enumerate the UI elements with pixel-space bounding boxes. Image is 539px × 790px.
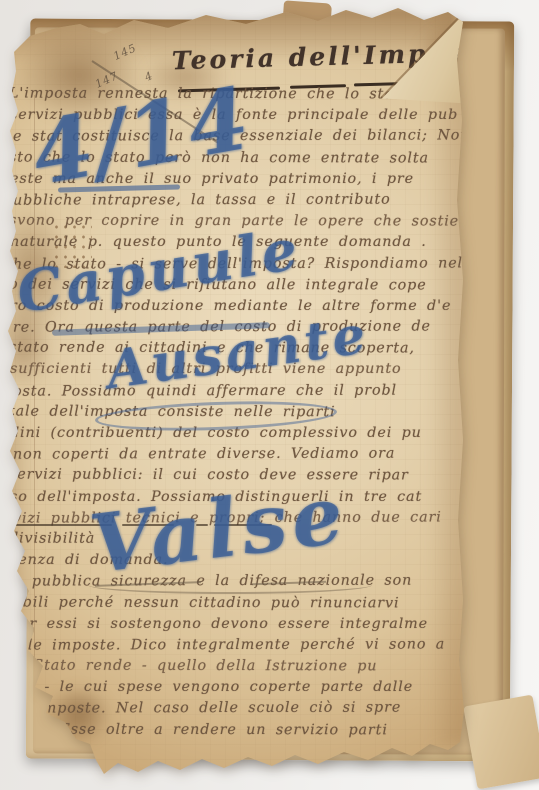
photo-of-manuscript: Teoria dell'Imposta L'imposta rennesta l…	[0, 0, 539, 790]
foxing-specks-right	[465, 552, 517, 656]
scribble-number-1: 145	[111, 41, 138, 63]
scribble-number-3: 4	[143, 69, 156, 84]
manuscript-line: pio - le cui spese vengono coperte parte…	[10, 677, 462, 698]
manuscript-line: sibili perché nessun cittadino può rinun…	[9, 592, 461, 614]
manuscript-line: non coperti da entrate diverse. Vediamo …	[13, 444, 465, 466]
manuscript-line: osta. Possiamo quindi affermare che il p…	[13, 380, 465, 402]
manuscript-line: alle imposte. Dico integralmente perché …	[13, 634, 465, 656]
manuscript-line: per essi si sostengono devono essere int…	[10, 614, 462, 635]
manuscript-line: ente. Esse oltre a rendere un servizio p…	[9, 719, 461, 741]
manuscript-line: lo Stato rende - quello della Istruzione…	[9, 656, 461, 678]
manuscript-line: le imposte. Nel caso delle scuole ciò si…	[13, 698, 465, 720]
